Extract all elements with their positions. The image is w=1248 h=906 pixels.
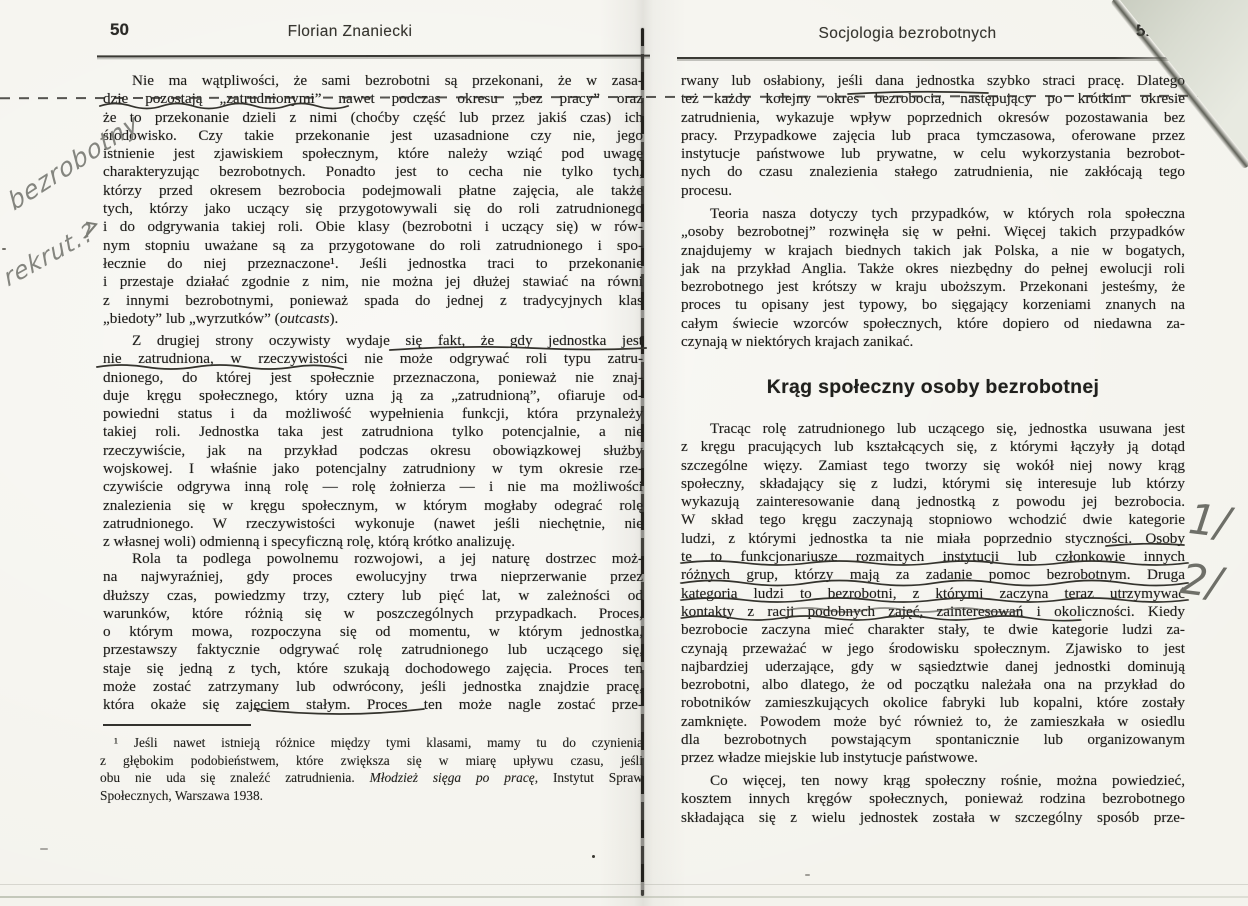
text-line: Nie ma wątpliwości, że sami bezrobotni s…	[103, 72, 643, 90]
text-line: rzeczywiście, jak na przykład podczas ok…	[103, 442, 643, 460]
pen-underline-mark	[97, 363, 343, 372]
text-line: rwany lub osłabiony, jeśli dana jednostk…	[681, 72, 1185, 90]
text-line: Rola ta podlega powolnemu rozwojowi, a j…	[103, 550, 643, 568]
text-line: zatrudnionego. W rzeczywistości wykonuje…	[103, 515, 643, 533]
text-line: Tracąc rolę zatrudnionego lub uczącego s…	[681, 420, 1185, 438]
pen-underline-mark	[252, 706, 427, 719]
text-line: może zostać zatrzymany lub odwrócony, je…	[103, 678, 643, 696]
text-line: łecznie do niej przeznaczone¹. Jeśli jed…	[103, 255, 643, 273]
text-segment: obu nie uda się znaleźć zatrudnienia.	[100, 770, 370, 785]
text-line: i przestaje działać zgodnie z nim, nie m…	[103, 273, 643, 291]
text-segment: ).	[330, 310, 339, 327]
running-header-left: Florian Znaniecki	[75, 23, 625, 41]
text-line: o którym mowa, rozpoczyna się od momentu…	[103, 623, 643, 641]
text-line: procesu.	[681, 182, 1185, 200]
text-line: istnienie jest zjawiskiem społecznym, kt…	[103, 145, 643, 163]
text-line: znalezienia się w kręgu społecznym, w kt…	[103, 497, 643, 515]
text-line: przez władze miejskie lub instytucje pań…	[681, 749, 1185, 767]
text-line: środowisko. Czy takie przekonanie jest u…	[103, 127, 643, 145]
text-line: obu nie uda się znaleźć zatrudnienia. Mł…	[100, 769, 643, 787]
text-line: zatrudnienia, wykazuje wpływ poprzednich…	[681, 109, 1185, 127]
text-line: powiedni status i da możliwość wypełnien…	[103, 405, 643, 423]
header-rule-right	[677, 57, 1192, 59]
text-line: bezrobocie zaczyna mieć charakter stały,…	[681, 621, 1185, 639]
text-line: kosztem innych kręgów społecznych, ponie…	[681, 790, 1185, 808]
text-line: Teoria nasza dotyczy tych przypadków, w …	[681, 205, 1185, 223]
text-line: nych do czasu znalezienia stałego zatrud…	[681, 163, 1185, 181]
left-paragraph-1: Nie ma wątpliwości, że sami bezrobotni s…	[103, 72, 643, 328]
scan-speck	[40, 848, 48, 850]
text-line: Społecznych, Warszawa 1938.	[100, 787, 643, 805]
text-line: i do odgrywania takiej roli. Obie klasy …	[103, 218, 643, 236]
pen-underline-mark	[390, 344, 646, 353]
section-heading: Krąg społeczny osoby bezrobotnej	[681, 376, 1185, 399]
text-line: proces tu opisany jest typowy, bo sięgaj…	[681, 296, 1185, 314]
text-line: duje kręgu społecznego, który uzna ją za…	[103, 387, 643, 405]
text-line: społeczny, składający się z ludzi, który…	[681, 475, 1185, 493]
text-line: Co więcej, ten nowy krąg społeczny rośni…	[681, 772, 1185, 790]
scanned-book-spread: 50 Florian Znaniecki Nie ma wątpliwości,…	[0, 0, 1248, 906]
text-line: szczególne więzy. Zamiast tego tworzy si…	[681, 457, 1185, 475]
text-segment: „biedoty” lub „wyrzutków” (	[103, 310, 280, 327]
left-paragraph-3: Rola ta podlega powolnemu rozwojowi, a j…	[103, 550, 643, 715]
right-paragraph-2: Teoria nasza dotyczy tych przypadków, w …	[681, 205, 1185, 351]
text-line: że to przekonanie dzieli z nimi (choćby …	[103, 109, 643, 127]
scan-artifact-line	[0, 896, 1248, 898]
header-rule-left	[97, 55, 650, 58]
text-line: charakteryzując bezrobotnych. Ponadto je…	[103, 163, 643, 181]
pen-underline-mark	[848, 89, 990, 97]
text-line: „osoby bezrobotnej” rozwinęła się w pełn…	[681, 223, 1185, 241]
italic-text: outcasts	[280, 310, 330, 327]
pen-underline-mark	[682, 578, 1187, 587]
text-line: bezrobotnego jest krótszy w kraju uboższ…	[681, 278, 1185, 296]
text-line: z kręgu pracujących lub kształcących się…	[681, 438, 1185, 456]
text-line: którzy przed okresem bezrobocia podejmow…	[103, 182, 643, 200]
text-line: wojskowej. I właśnie jako potencjalny za…	[103, 460, 643, 478]
text-line: staje się jedną z tych, które szukają do…	[103, 660, 643, 678]
text-line: bezrobotni, albo dlatego, że od początku…	[681, 676, 1185, 694]
italic-text: Młodzież sięga po pracę	[370, 770, 535, 785]
pen-strikethrough-mark	[788, 606, 1023, 614]
text-line: takiej roli. Jednostka taka jest zatrudn…	[103, 423, 643, 441]
running-header-right: Socjologia bezrobotnych	[655, 25, 1160, 43]
text-line: znajdujemy w krajach biednych takich jak…	[681, 242, 1185, 260]
text-segment: , Instytut Spraw	[535, 770, 643, 785]
text-line: „biedoty” lub „wyrzutków” (outcasts).	[103, 310, 643, 328]
pen-underline-mark	[682, 614, 1080, 623]
text-line: warunków, które różnią się w poszczególn…	[103, 605, 643, 623]
scan-speck	[805, 874, 810, 876]
text-line: czywiście odgrywa inną rolę — rolę żołni…	[103, 478, 643, 496]
text-line: pracy. Przypadkowe zajęcia lub praca tym…	[681, 127, 1185, 145]
text-line: jak na przykład Anglia. Także okres niez…	[681, 260, 1185, 278]
text-line: ¹ Jeśli nawet istnieją różnice między ty…	[100, 734, 643, 752]
pen-margin-numbering: 1/	[1186, 494, 1233, 548]
text-line: składająca się z wielu jednostek została…	[681, 809, 1185, 827]
scan-artifact-line	[0, 884, 1248, 885]
pen-underline-mark	[682, 596, 1187, 605]
text-line: nym stopniu uważane są za przygotowane d…	[103, 237, 643, 255]
pen-underline-mark	[100, 101, 348, 110]
text-line: tych, którzy jako uczący się przygotowyw…	[103, 200, 643, 218]
pen-underline-mark	[682, 559, 1187, 568]
text-line: dłuższy czas, powiedzmy trzy, cztery lub…	[103, 587, 643, 605]
footnote: ¹ Jeśli nawet istnieją różnice między ty…	[100, 734, 643, 804]
text-line: z własnej woli) odmienną i specyficzną r…	[103, 533, 643, 551]
text-line: wykazują zainteresowanie daną jednostką …	[681, 493, 1185, 511]
text-line: z głębokim podobieństwem, które zwiększa…	[100, 752, 643, 770]
text-line: z innymi bezrobotnymi, ponieważ spada do…	[103, 292, 643, 310]
pen-margin-numbering: 2/	[1178, 554, 1225, 608]
pen-underline-mark	[1106, 541, 1186, 550]
text-line: czynają przeważać w jego środowisku społ…	[681, 640, 1185, 658]
scan-speck	[2, 248, 6, 250]
text-line: instytucje państwowe lub prywatne, w cel…	[681, 145, 1185, 163]
scan-speck	[592, 855, 595, 858]
text-line: na najwyraźniej, gdy proces ewolucyjny t…	[103, 568, 643, 586]
text-line: najbardziej uderzające, gdy w sąsiedztwi…	[681, 658, 1185, 676]
footnote-rule	[103, 724, 251, 726]
right-paragraph-3: Tracąc rolę zatrudnionego lub uczącego s…	[681, 420, 1185, 768]
text-line: przestawszy faktycznie odgrywać rolę zat…	[103, 641, 643, 659]
text-line: dla bezrobotnych powstającym spontaniczn…	[681, 731, 1185, 749]
text-line: W skład tego kręgu zaczynają stopniowo w…	[681, 511, 1185, 529]
text-line: zamknięte. Powodem może być również to, …	[681, 713, 1185, 731]
text-line: czynają w niektórych krajach zanikać.	[681, 333, 1185, 351]
text-line: całym świecie wzorców społecznych, które…	[681, 315, 1185, 333]
right-paragraph-4: Co więcej, ten nowy krąg społeczny rośni…	[681, 772, 1185, 827]
text-line: robotników zamieszkujących okolice fabry…	[681, 694, 1185, 712]
